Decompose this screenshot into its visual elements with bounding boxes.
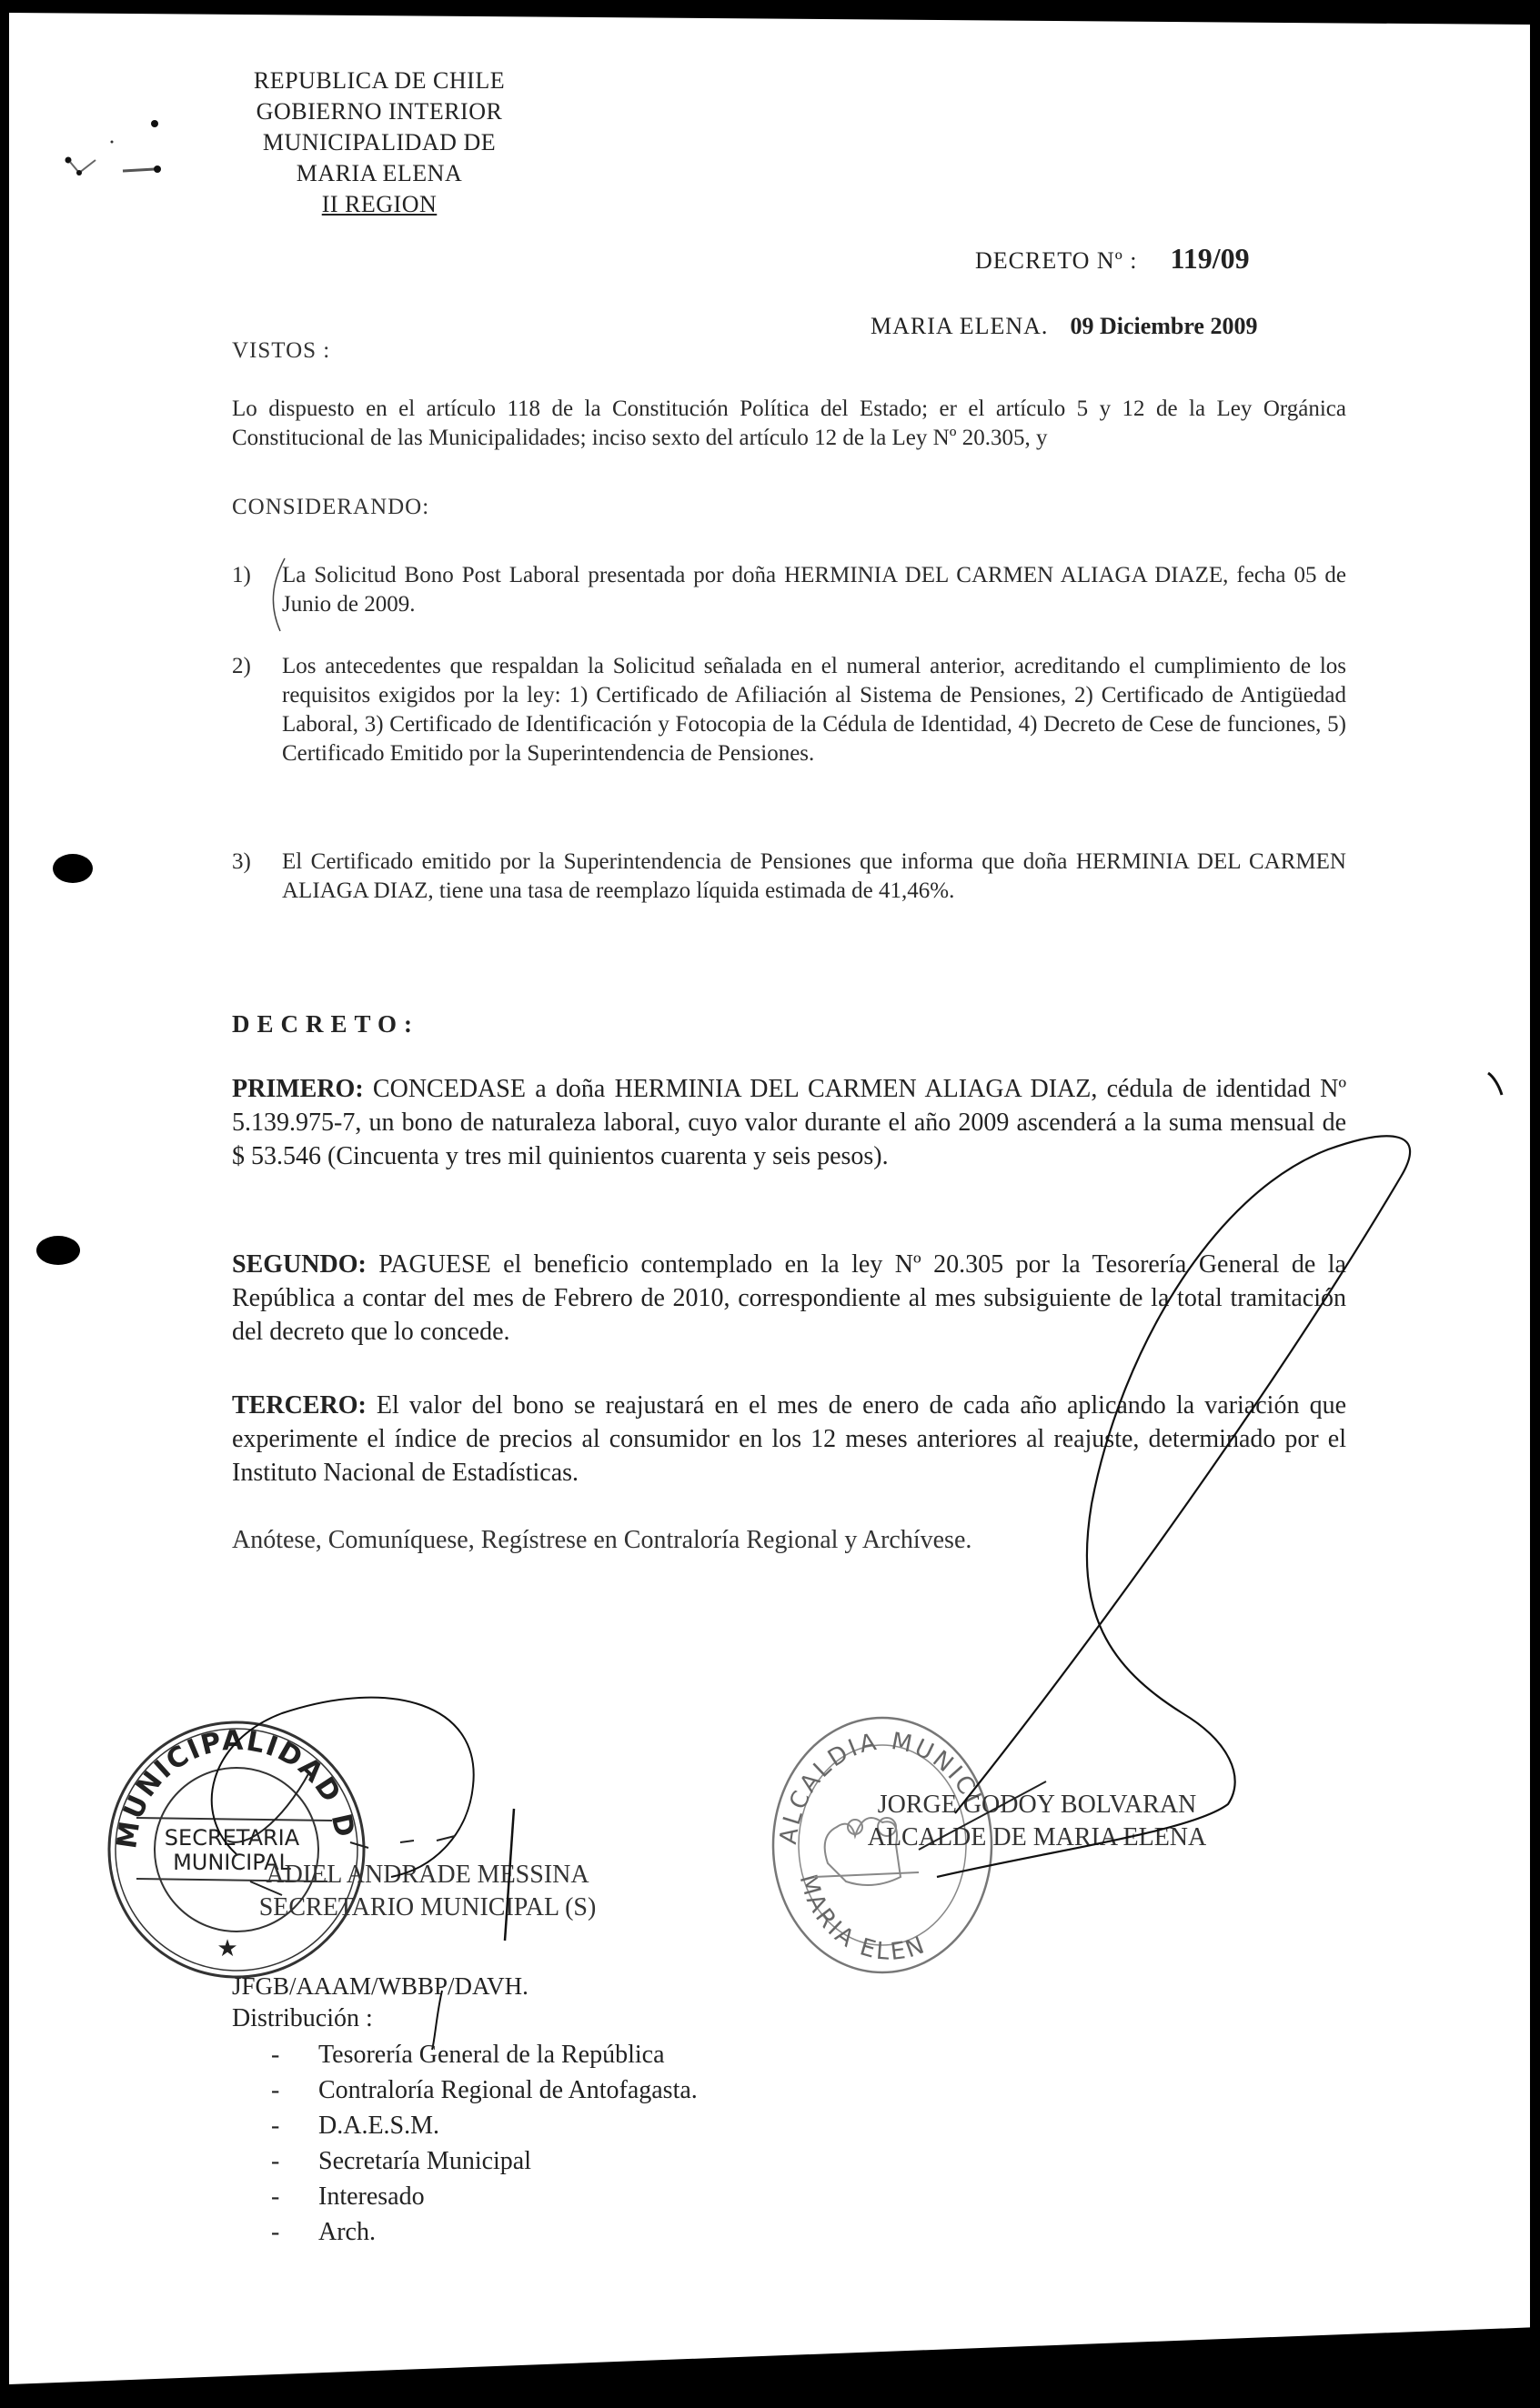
considerando-heading: CONSIDERANDO: <box>232 495 429 520</box>
item-text: El Certificado emitido por la Superinten… <box>282 848 1346 906</box>
decree-place: MARIA ELENA. <box>871 313 1048 339</box>
item-number: 2) <box>232 652 251 681</box>
vistos-text: Lo dispuesto en el artículo 118 de la Co… <box>232 395 1346 453</box>
item-text: Los antecedentes que respaldan la Solici… <box>282 652 1346 768</box>
distribution-item: -Interesado <box>271 2179 698 2214</box>
letterhead-region: II REGION <box>229 189 529 220</box>
letterhead: REPUBLICA DE CHILE GOBIERNO INTERIOR MUN… <box>229 65 529 220</box>
decree-date: MARIA ELENA.09 Diciembre 2009 <box>871 313 1257 340</box>
item-number: 1) <box>232 561 251 590</box>
distribution-item: -Tesorería General de la República <box>271 2037 698 2072</box>
punch-hole <box>36 1236 80 1265</box>
letterhead-line: GOBIERNO INTERIOR <box>229 96 529 127</box>
mayor-signature-block: JORGE GODOY BOLVARAN ALCALDE DE MARIA EL… <box>828 1789 1246 1854</box>
item-number: 3) <box>232 848 251 877</box>
secretary-stamp: MUNICIPALIDAD DE MARIA ELENA SECRETARIA … <box>100 1713 373 1986</box>
article-tercero: TERCERO: El valor del bono se reajustará… <box>232 1389 1346 1490</box>
reference-initials: JFGB/AAAM/WBBP/DAVH. <box>232 1972 528 2001</box>
decree-number-label: DECRETO Nº : <box>975 247 1137 274</box>
mayor-name: JORGE GODOY BOLVARAN <box>828 1789 1246 1821</box>
distribution-list: -Tesorería General de la República -Cont… <box>271 2037 698 2250</box>
secretary-title: SECRETARIO MUNICIPAL (S) <box>237 1891 619 1924</box>
letterhead-line: REPUBLICA DE CHILE <box>229 65 529 96</box>
decree-number: DECRETO Nº :119/09 <box>975 242 1250 276</box>
distribution-item: -D.A.E.S.M. <box>271 2108 698 2143</box>
article-text: CONCEDASE a doña HERMINIA DEL CARMEN ALI… <box>232 1075 1346 1170</box>
article-primero: PRIMERO: CONCEDASE a doña HERMINIA DEL C… <box>232 1072 1346 1173</box>
star-icon: ★ <box>216 1935 237 1962</box>
distribution-item: -Arch. <box>271 2214 698 2250</box>
considerando-item: 3) El Certificado emitido por la Superin… <box>232 848 1346 906</box>
article-segundo: SEGUNDO: PAGUESE el beneficio contemplad… <box>232 1248 1346 1349</box>
article-label: PRIMERO: <box>232 1075 364 1103</box>
secretary-name: ADIEL ANDRADE MESSINA <box>237 1859 619 1891</box>
distribution-item: -Secretaría Municipal <box>271 2143 698 2179</box>
decree-date-value: 09 Diciembre 2009 <box>1070 313 1257 339</box>
punch-hole <box>53 854 93 883</box>
decree-number-value: 119/09 <box>1170 242 1249 275</box>
distribution-label: Distribución : <box>232 2004 373 2033</box>
article-text: El valor del bono se reajustará en el me… <box>232 1391 1346 1487</box>
vistos-heading: VISTOS : <box>232 338 330 364</box>
distribution-item: -Contraloría Regional de Antofagasta. <box>271 2072 698 2108</box>
item-text: La Solicitud Bono Post Laboral presentad… <box>282 561 1346 619</box>
closing-formula: Anótese, Comuníquese, Regístrese en Cont… <box>232 1526 971 1555</box>
letterhead-line: MUNICIPALIDAD DE <box>229 127 529 158</box>
article-label: SEGUNDO: <box>232 1250 367 1279</box>
stamp-center-line: SECRETARIA <box>165 1825 300 1851</box>
decreto-heading: DECRETO: <box>232 1010 419 1038</box>
secretary-signature-block: ADIEL ANDRADE MESSINA SECRETARIO MUNICIP… <box>237 1859 619 1924</box>
scanned-page: REPUBLICA DE CHILE GOBIERNO INTERIOR MUN… <box>9 13 1530 2384</box>
article-text: PAGUESE el beneficio contemplado en la l… <box>232 1250 1346 1346</box>
article-label: TERCERO: <box>232 1391 367 1420</box>
mayor-title: ALCALDE DE MARIA ELENA <box>828 1821 1246 1854</box>
stray-marks <box>59 113 168 186</box>
letterhead-line: MARIA ELENA <box>229 158 529 189</box>
considerando-item: 2) Los antecedentes que respaldan la Sol… <box>232 652 1346 768</box>
considerando-item: 1) La Solicitud Bono Post Laboral presen… <box>232 561 1346 619</box>
